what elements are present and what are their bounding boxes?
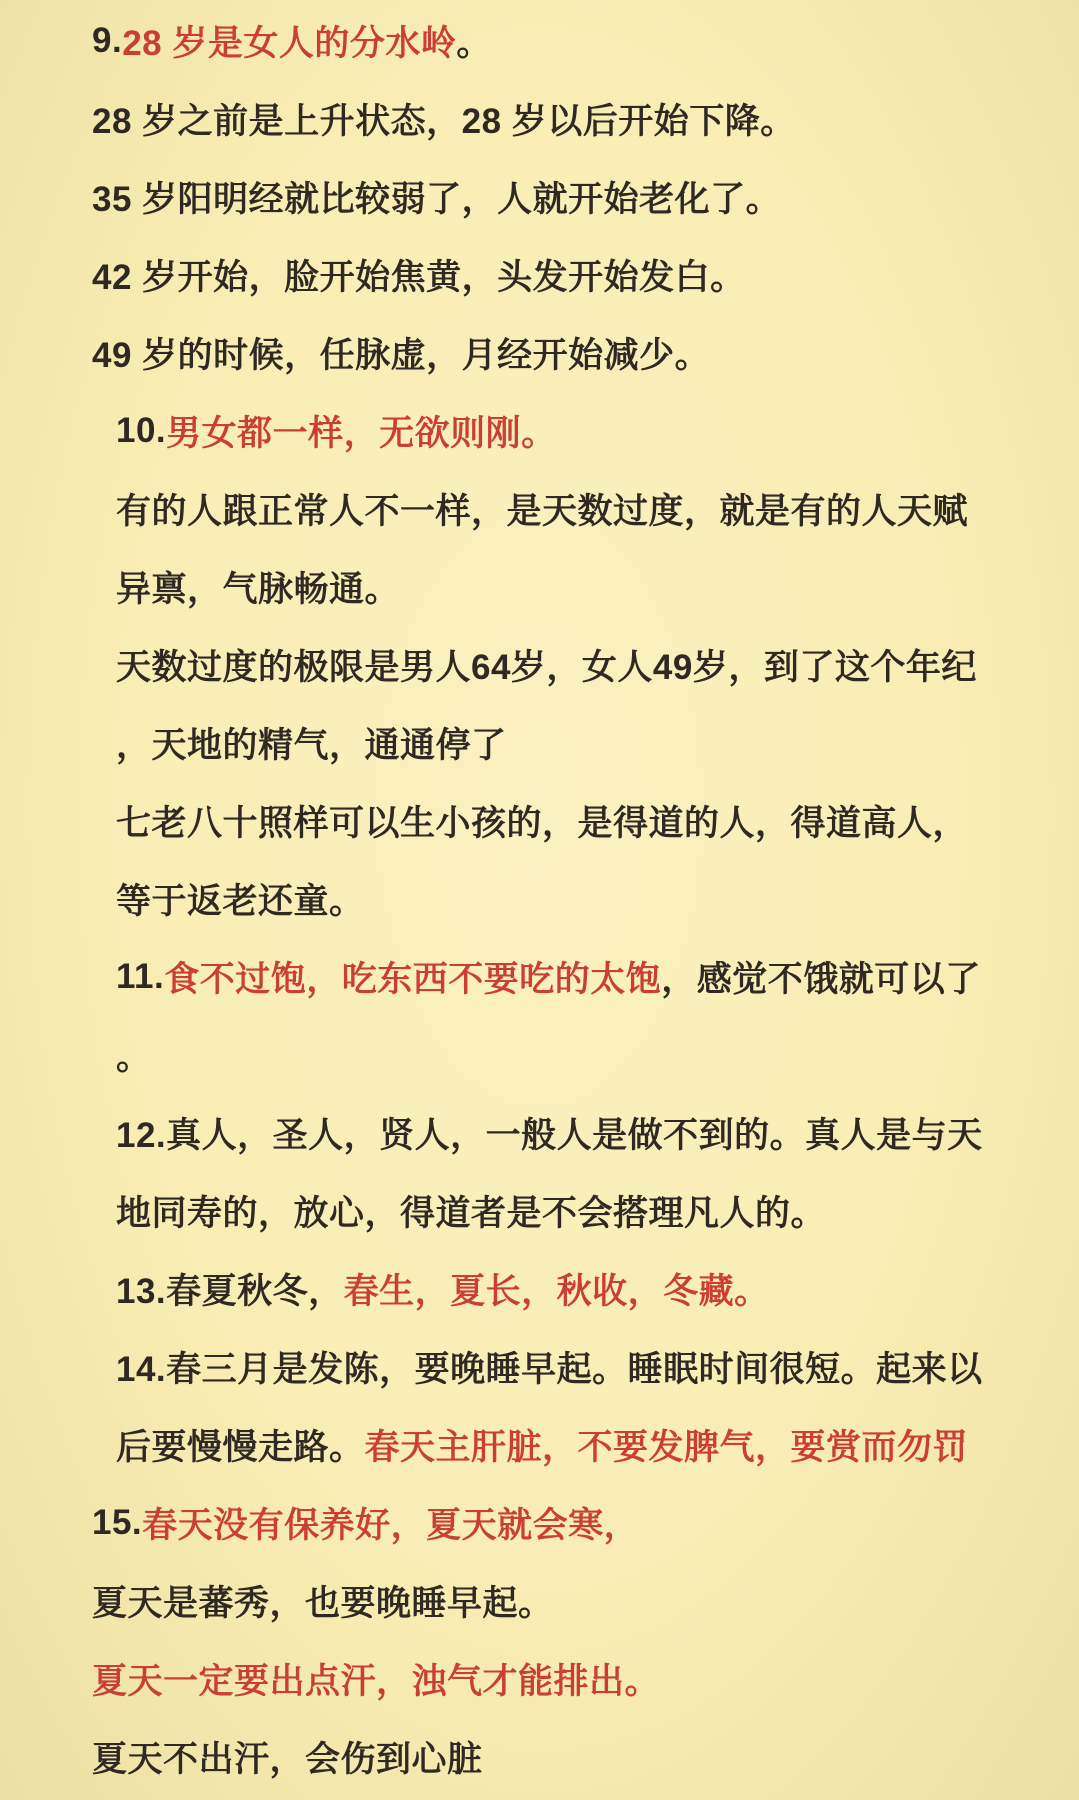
text-segment: 异禀，气脉畅通。 [116,562,400,612]
text-line-19: 后要慢慢走路。春天主肝脏，不要发脾气，要赏而勿罚 [92,1406,1024,1484]
text-line-1: 9.28 岁是女人的分水岭。 [92,2,1024,80]
text-segment: 天数过度的极限是男人64岁，女人49岁，到了这个年纪 [116,640,977,690]
text-line-9: 天数过度的极限是男人64岁，女人49岁，到了这个年纪 [92,626,1024,704]
text-segment: 后要慢慢走路。 [116,1420,365,1470]
text-line-12: 等于返老还童。 [92,860,1024,938]
text-segment: 。 [116,1030,152,1080]
text-segment: ，天地的精气，通通停了 [116,718,507,768]
text-segment: ，感觉不饿就可以了 [661,952,981,1002]
text-segment: 28 岁之前是上升状态，28 岁以后开始下降。 [92,94,796,144]
text-line-10: ，天地的精气，通通停了 [92,704,1024,782]
text-segment: 28 岁是女人的分水岭 [122,16,456,66]
document-page: 9.28 岁是女人的分水岭。28 岁之前是上升状态，28 岁以后开始下降。35 … [0,0,1079,1800]
text-segment: 42 岁开始，脸开始焦黄，头发开始发白。 [92,250,746,300]
text-line-7: 有的人跟正常人不一样，是天数过度，就是有的人天赋 [92,470,1024,548]
text-line-4: 42 岁开始，脸开始焦黄，头发开始发白。 [92,236,1024,314]
text-segment: 35 岁阳明经就比较弱了，人就开始老化了。 [92,172,781,222]
text-segment: 春天没有保养好，夏天就会寒， [142,1498,639,1548]
text-segment: 夏天是蕃秀，也要晚睡早起。 [92,1576,554,1626]
text-line-16: 地同寿的，放心，得道者是不会搭理凡人的。 [92,1172,1024,1250]
text-segment: 13.春夏秋冬， [116,1264,344,1314]
text-segment: 有的人跟正常人不一样，是天数过度，就是有的人天赋 [116,484,968,534]
text-segment: 男女都一样，无欲则刚。 [166,406,557,456]
text-line-18: 14.春三月是发陈，要晚睡早起。睡眠时间很短。起来以 [92,1328,1024,1406]
text-line-17: 13.春夏秋冬，春生，夏长，秋收，冬藏。 [92,1250,1024,1328]
text-segment: 49 岁的时候，任脉虚，月经开始减少。 [92,328,710,378]
text-segment: 15. [92,1503,142,1543]
text-segment: 夏天一定要出点汗，浊气才能排出。 [92,1654,660,1704]
text-line-14: 。 [92,1016,1024,1094]
text-segment: 七老八十照样可以生小孩的，是得道的人，得道高人， [116,796,968,846]
text-line-2: 28 岁之前是上升状态，28 岁以后开始下降。 [92,80,1024,158]
text-segment: 14.春三月是发陈，要晚睡早起。睡眠时间很短。起来以 [116,1342,983,1392]
text-line-11: 七老八十照样可以生小孩的，是得道的人，得道高人， [92,782,1024,860]
text-segment: 9. [92,21,122,61]
text-line-3: 35 岁阳明经就比较弱了，人就开始老化了。 [92,158,1024,236]
text-line-13: 11.食不过饱，吃东西不要吃的太饱，感觉不饿就可以了 [92,938,1024,1016]
text-line-23: 夏天不出汗，会伤到心脏 [92,1718,1024,1796]
text-segment: 地同寿的，放心，得道者是不会搭理凡人的。 [116,1186,826,1236]
text-segment: 11. [116,957,164,997]
text-line-20: 15.春天没有保养好，夏天就会寒， [92,1484,1024,1562]
text-segment: 春天主肝脏，不要发脾气，要赏而勿罚 [365,1420,969,1470]
text-line-22: 夏天一定要出点汗，浊气才能排出。 [92,1640,1024,1718]
text-line-5: 49 岁的时候，任脉虚，月经开始减少。 [92,314,1024,392]
text-line-6: 10.男女都一样，无欲则刚。 [92,392,1024,470]
text-segment: 等于返老还童。 [116,874,365,924]
text-content: 9.28 岁是女人的分水岭。28 岁之前是上升状态，28 岁以后开始下降。35 … [92,2,1024,1796]
text-segment: 。 [456,16,492,66]
text-segment: 12.真人，圣人，贤人，一般人是做不到的。真人是与天 [116,1108,983,1158]
text-segment: 春生，夏长，秋收，冬藏。 [344,1264,770,1314]
text-line-15: 12.真人，圣人，贤人，一般人是做不到的。真人是与天 [92,1094,1024,1172]
text-line-21: 夏天是蕃秀，也要晚睡早起。 [92,1562,1024,1640]
text-segment: 夏天不出汗，会伤到心脏 [92,1732,483,1782]
text-line-8: 异禀，气脉畅通。 [92,548,1024,626]
text-segment: 10. [116,411,166,451]
text-segment: 食不过饱，吃东西不要吃的太饱 [164,952,661,1002]
